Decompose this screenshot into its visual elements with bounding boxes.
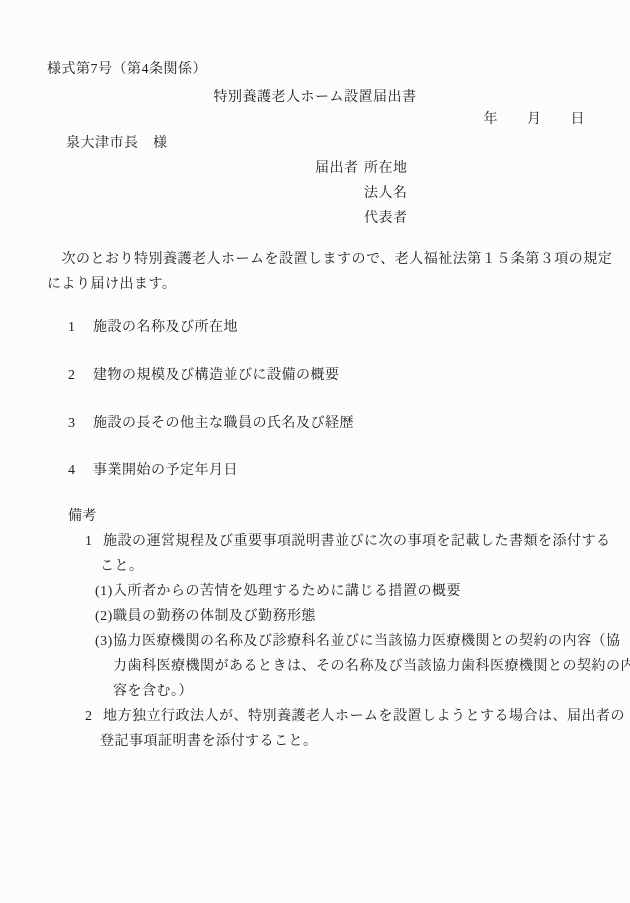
item-4: 4 事業開始の予定年月日 — [68, 464, 238, 478]
remarks-subitem-3-text-line-2: 力歯科医療機関があるときは、その名称及び当該協力歯科医療機関との契約の内 — [113, 660, 630, 674]
remarks-subitem-3-number: (3) — [95, 635, 113, 649]
item-4-text: 事業開始の予定年月日 — [93, 464, 238, 478]
remarks-subitem-3-text-line-1: 協力医療機関の名称及び診療科名並びに当該協力医療機関との契約の内容（協 — [113, 635, 621, 649]
remarks-note-1-text-line-2: こと。 — [100, 560, 144, 574]
document-page: 様式第7号（第4条関係） 特別養護老人ホーム設置届出書 年 月 日 泉大津市長 … — [0, 0, 630, 903]
applicant-row-location: 届出者 所在地 — [315, 162, 408, 176]
remarks-subitem-3: (3) 協力医療機関の名称及び診療科名並びに当該協力医療機関との契約の内容（協 — [95, 635, 621, 649]
remarks-subitem-2-number: (2) — [95, 610, 113, 624]
item-4-number: 4 — [68, 464, 93, 478]
remarks-subitem-1: (1) 入所者からの苦情を処理するために講じる措置の概要 — [95, 585, 461, 599]
applicant-label: 届出者 — [315, 162, 364, 176]
item-2-number: 2 — [68, 369, 93, 383]
addressee: 泉大津市長 様 — [66, 137, 168, 151]
item-2-text: 建物の規模及び構造並びに設備の概要 — [93, 369, 340, 383]
remarks-subitem-2: (2) 職員の勤務の体制及び勤務形態 — [95, 610, 316, 624]
remarks-note-1-text-line-1: 施設の運営規程及び重要事項説明書並びに次の事項を記載した書類を添付する — [103, 535, 611, 549]
item-2: 2 建物の規模及び構造並びに設備の概要 — [68, 369, 340, 383]
remarks-subitem-1-text: 入所者からの苦情を処理するために講じる措置の概要 — [113, 585, 461, 599]
applicant-field-representative: 代表者 — [364, 212, 408, 226]
remarks-note-1: 1 施設の運営規程及び重要事項説明書並びに次の事項を記載した書類を添付する — [85, 535, 611, 549]
body-paragraph-line-1: 次のとおり特別養護老人ホームを設置しますので、老人福祉法第１５条第３項の規定 — [47, 253, 612, 267]
item-3: 3 施設の長その他主な職員の氏名及び経歴 — [68, 417, 354, 431]
remarks-note-2-text-line-2: 登記事項証明書を添付すること。 — [100, 735, 318, 749]
body-paragraph-line-2: により届け出ます。 — [47, 278, 176, 292]
date-line: 年 月 日 — [484, 113, 586, 127]
remarks-heading: 備考 — [68, 510, 97, 524]
remarks-subitem-1-number: (1) — [95, 585, 113, 599]
form-number: 様式第7号（第4条関係） — [47, 63, 207, 77]
remarks-note-1-number: 1 — [85, 535, 103, 549]
applicant-field-location: 所在地 — [364, 162, 408, 176]
remarks-note-2-number: 2 — [85, 710, 103, 724]
remarks-subitem-3-text-line-3: 容を含む。） — [113, 685, 193, 699]
remarks-note-2: 2 地方独立行政法人が、特別養護老人ホームを設置しようとする場合は、届出者の — [85, 710, 625, 724]
remarks-subitem-2-text: 職員の勤務の体制及び勤務形態 — [113, 610, 316, 624]
applicant-field-corporation: 法人名 — [364, 187, 408, 201]
remarks-note-2-text-line-1: 地方独立行政法人が、特別養護老人ホームを設置しようとする場合は、届出者の — [103, 710, 625, 724]
item-3-number: 3 — [68, 417, 93, 431]
document-title: 特別養護老人ホーム設置届出書 — [0, 91, 630, 105]
item-1-text: 施設の名称及び所在地 — [93, 321, 238, 335]
item-3-text: 施設の長その他主な職員の氏名及び経歴 — [93, 417, 354, 431]
item-1-number: 1 — [68, 321, 93, 335]
item-1: 1 施設の名称及び所在地 — [68, 321, 238, 335]
